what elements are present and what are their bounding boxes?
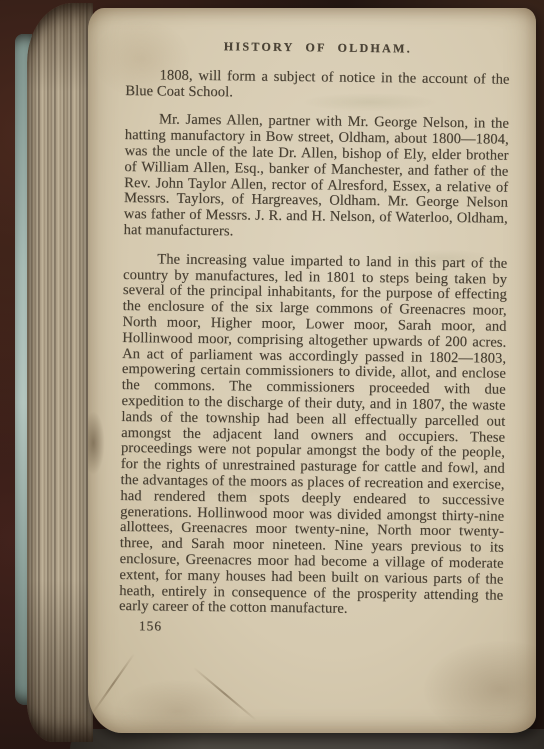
paragraph-blue-coat-school: 1808, will form a subject of notice in t… <box>125 68 509 104</box>
running-header: HISTORY OF OLDHAM. <box>126 38 510 58</box>
page-edges-stack <box>27 3 93 742</box>
paragraph-james-allen: Mr. James Allen, partner with Mr. George… <box>124 112 510 243</box>
page-number: 156 <box>139 618 503 638</box>
book-page: HISTORY OF OLDHAM. 1808, will form a sub… <box>88 8 536 733</box>
book-scan: HISTORY OF OLDHAM. 1808, will form a sub… <box>0 0 544 749</box>
printed-text-block: HISTORY OF OLDHAM. 1808, will form a sub… <box>119 38 510 639</box>
paragraph-moor-enclosure: The increasing value imparted to land in… <box>119 252 507 620</box>
page-crease <box>193 667 257 721</box>
page-crease <box>91 653 135 715</box>
